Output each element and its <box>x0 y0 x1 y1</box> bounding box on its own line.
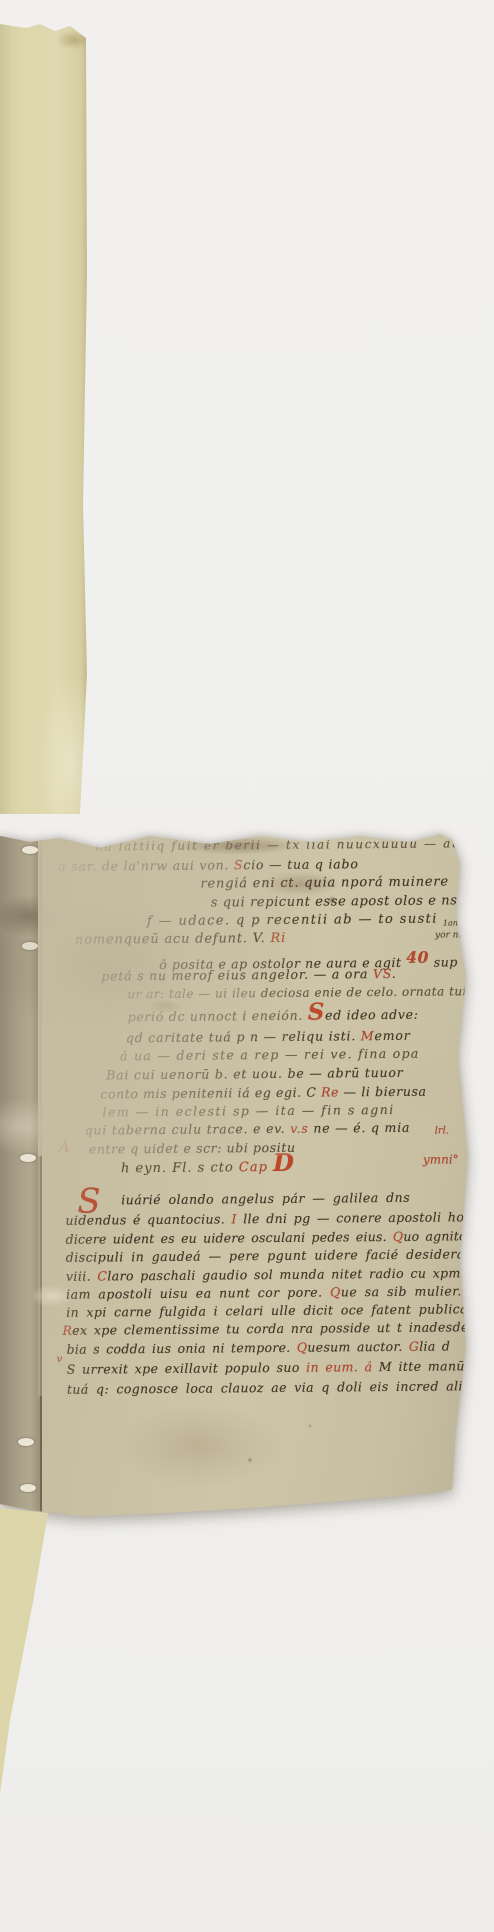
sewing-thread <box>26 830 42 838</box>
text-line: S urrexit xpe exillavit populo suo in eu… <box>67 1358 465 1376</box>
rubric-text: lrl. <box>435 1125 449 1136</box>
cream-paper-strip <box>0 24 87 814</box>
text-line: Rex xpe clementissime tu corda nra possi… <box>62 1319 468 1338</box>
ink-text: emor <box>374 1028 410 1043</box>
parchment-leaf-wrap: na lattiiq fuit er berii — tx iiai nuucx… <box>0 826 470 1518</box>
text-line: viii. Claro paschali gaudio sol munda ni… <box>66 1265 461 1283</box>
rubric-text: 40 <box>406 948 429 967</box>
text-line: discipuli in gaudeá — pere pgunt uidere … <box>66 1246 475 1265</box>
water-damage-wash <box>38 1156 108 1396</box>
ink-text: ed ideo adve: <box>325 1007 419 1023</box>
rubric-text: Q <box>297 1340 308 1355</box>
rubric-line: h eyn. Fl. s cto Cap D <box>121 1160 295 1177</box>
parchment-leaf: na lattiiq fuit er berii — tx iiai nuucx… <box>0 826 470 1518</box>
ink-text: ex xpe clementissime tu corda nra possid… <box>72 1319 469 1337</box>
ink-text: h eyn. Fl. s cto <box>121 1160 239 1176</box>
cream-paper-corner <box>0 1502 60 1802</box>
ink-text: iuárié olando angelus pár — galilea dns <box>121 1190 410 1208</box>
ink-text: discipuli in gaudeá — pere pgunt uidere … <box>66 1246 475 1265</box>
rubric-text: Q <box>393 1229 404 1244</box>
ink-text: tuá q: cognosce loca clauoz ae via q dol… <box>67 1378 494 1397</box>
margin-note: ymni° <box>423 1152 459 1166</box>
ink-text: uo agnito <box>403 1228 467 1244</box>
ink-text: laro paschali gaudio sol munda nitet rad… <box>107 1265 461 1283</box>
ink-text: lle dni pg — conere apostoli hoc <box>237 1209 472 1226</box>
ink-text: — li bierusa <box>339 1084 427 1100</box>
ink-text: sup <box>429 954 458 969</box>
text-line: uidendus é quantocius. I lle dni pg — co… <box>65 1209 471 1228</box>
ink-text: uesum auctor. <box>307 1339 409 1355</box>
margin-note: lrl. <box>435 1125 449 1136</box>
margin-note: 1an-a <box>443 918 466 927</box>
text-line: iuárié olando angelus pár — galilea dns <box>121 1190 410 1208</box>
text-line: tuá q: cognosce loca clauoz ae via q dol… <box>67 1378 494 1397</box>
ink-text: 1an-a <box>443 918 466 927</box>
text-line: dicere uident es eu uidere osculani pede… <box>66 1228 467 1247</box>
ink-text: M itte manū <box>372 1358 465 1374</box>
rubric-text: ymni° <box>423 1152 459 1166</box>
margin-note: yor ni <box>435 930 461 940</box>
water-damage-wash <box>38 826 328 1156</box>
ink-text: dicere uident es eu uidere osculani pede… <box>66 1229 393 1247</box>
rubric-text: M <box>361 1028 375 1043</box>
text-line: in xpi carne fulgida i celari ulle dicit… <box>66 1301 472 1320</box>
rubric-text: Cap <box>239 1160 273 1175</box>
ink-text: in xpi carne fulgida i celari ulle dicit… <box>66 1301 472 1320</box>
rubric-text: G <box>409 1339 419 1354</box>
rubric-text: Q <box>330 1284 341 1299</box>
ink-text: yor ni <box>435 930 461 940</box>
text-line: bia s codda ius onia ni tempore. Quesum … <box>67 1338 451 1356</box>
ink-text: lia d <box>419 1338 450 1353</box>
text-line: iam apostoli uisu ea nunt cor pore. Que … <box>66 1283 466 1301</box>
ink-text: ue sa sib mulier.. <box>341 1283 467 1299</box>
rubric-text: VS <box>373 966 392 981</box>
photo-background: na lattiiq fuit er berii — tx iiai nuucx… <box>0 0 494 1932</box>
rubric-text: in eum. á <box>306 1359 372 1375</box>
ink-text: . <box>392 966 397 981</box>
